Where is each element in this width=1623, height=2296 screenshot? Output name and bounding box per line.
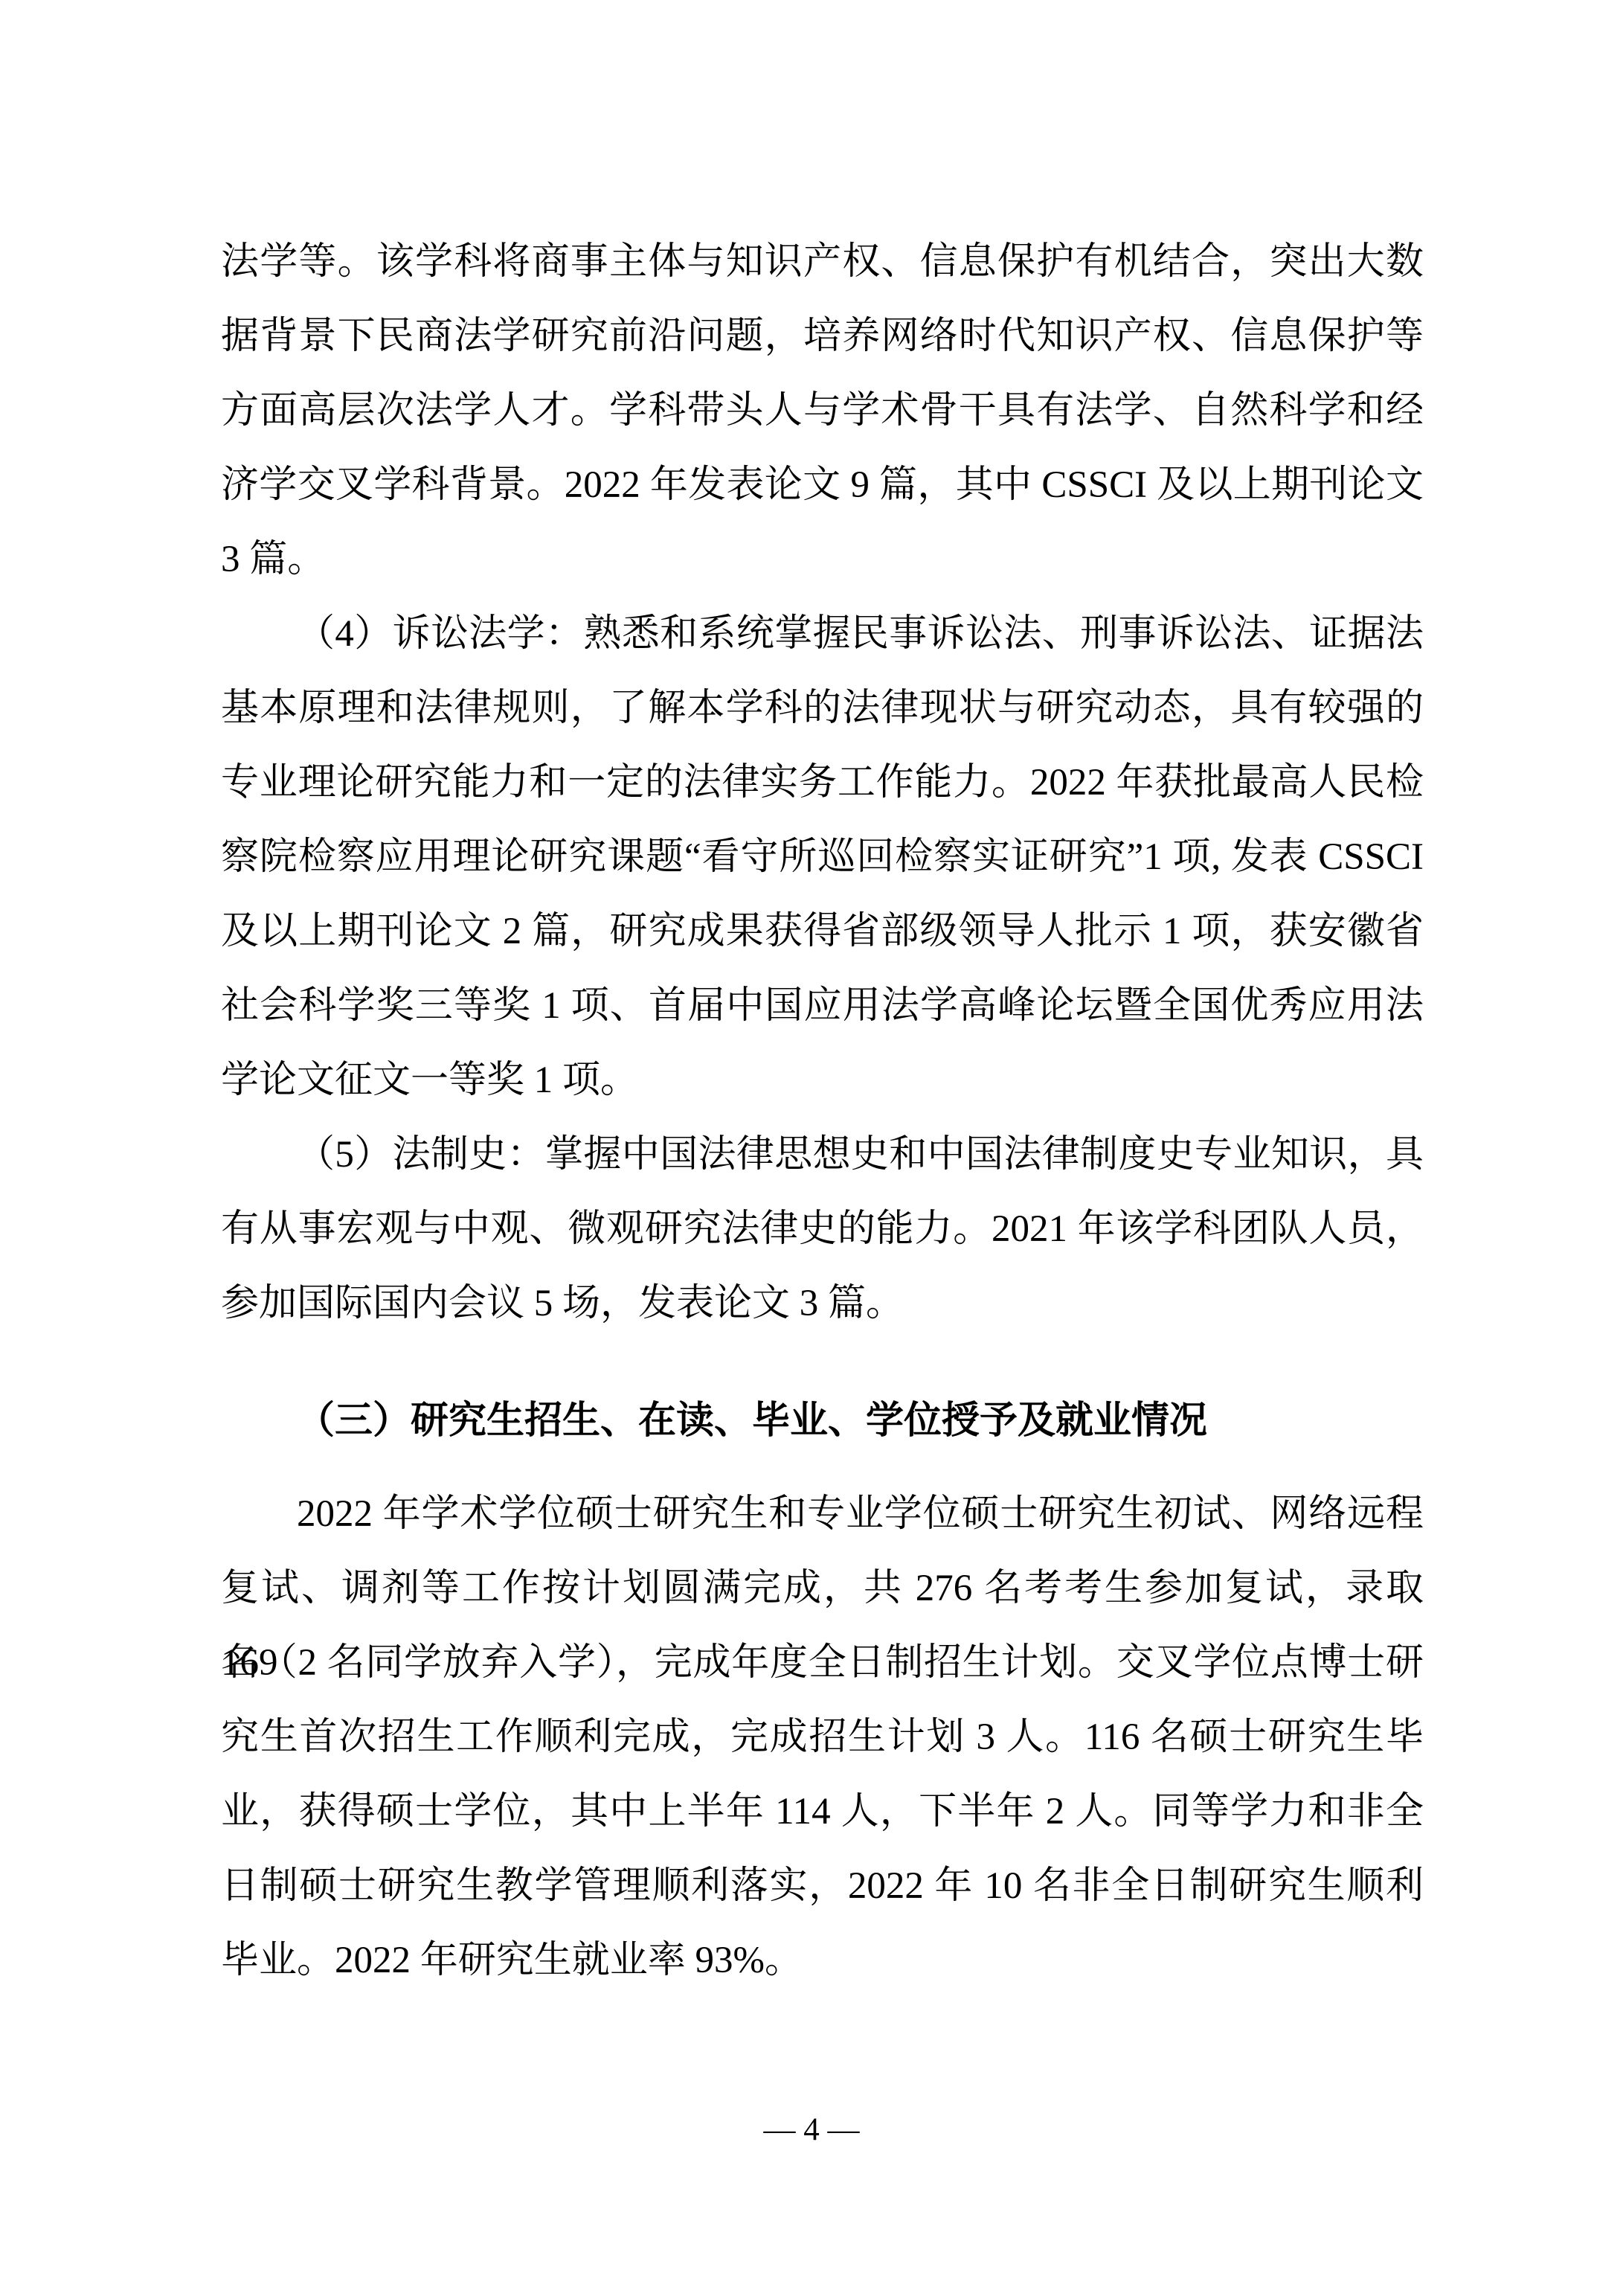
paragraph-line: （4）诉讼法学：熟悉和系统掌握民事诉讼法、刑事诉讼法、证据法 — [221, 597, 1424, 671]
paragraph-line: 法学等。该学科将商事主体与知识产权、信息保护有机结合，突出大数 — [221, 225, 1424, 299]
paragraph-line: 据背景下民商法学研究前沿问题，培养网络时代知识产权、信息保护等 — [221, 299, 1424, 373]
paragraph-line: 学论文征文一等奖 1 项。 — [221, 1043, 1424, 1117]
paragraph-line: 济学交叉学科背景。2022 年发表论文 9 篇，其中 CSSCI 及以上期刊论文 — [221, 448, 1424, 522]
paragraph-line: 名（2 名同学放弃入学），完成年度全日制招生计划。交叉学位点博士研 — [221, 1626, 1424, 1700]
paragraph-line: 专业理论研究能力和一定的法律实务工作能力。2022 年获批最高人民检 — [221, 745, 1424, 820]
paragraph-line: 有从事宏观与中观、微观研究法律史的能力。2021 年该学科团队人员， — [221, 1192, 1424, 1266]
page-footer: — 4 — — [0, 2093, 1623, 2167]
heading-line: （三）研究生招生、在读、毕业、学位授予及就业情况 — [221, 1384, 1424, 1458]
paragraph-line: 究生首次招生工作顺利完成，完成招生计划 3 人。116 名硕士研究生毕 — [221, 1700, 1424, 1774]
paragraph-line: 日制硕士研究生教学管理顺利落实，2022 年 10 名非全日制研究生顺利 — [221, 1849, 1424, 1923]
section-heading: （三）研究生招生、在读、毕业、学位授予及就业情况 — [221, 1384, 1424, 1458]
document-content: 法学等。该学科将商事主体与知识产权、信息保护有机结合，突出大数据背景下民商法学研… — [221, 225, 1424, 1998]
paragraph-line: （5）法制史：掌握中国法律思想史和中国法律制度史专业知识，具 — [221, 1117, 1424, 1192]
paragraph: 法学等。该学科将商事主体与知识产权、信息保护有机结合，突出大数据背景下民商法学研… — [221, 225, 1424, 597]
paragraph-line: 业，获得硕士学位，其中上半年 114 人，下半年 2 人。同等学力和非全 — [221, 1774, 1424, 1849]
paragraph-line: 复试、调剂等工作按计划圆满完成，共 276 名考考生参加复试，录取 169 — [221, 1551, 1424, 1626]
paragraph-line: 基本原理和法律规则，了解本学科的法律现状与研究动态，具有较强的 — [221, 671, 1424, 745]
paragraph: （4）诉讼法学：熟悉和系统掌握民事诉讼法、刑事诉讼法、证据法基本原理和法律规则，… — [221, 597, 1424, 1117]
document-page: 法学等。该学科将商事主体与知识产权、信息保护有机结合，突出大数据背景下民商法学研… — [0, 0, 1623, 2296]
paragraph-line: 方面高层次法学人才。学科带头人与学术骨干具有法学、自然科学和经 — [221, 373, 1424, 448]
paragraph: 2022 年学术学位硕士研究生和专业学位硕士研究生初试、网络远程复试、调剂等工作… — [221, 1477, 1424, 1998]
paragraph: （5）法制史：掌握中国法律思想史和中国法律制度史专业知识，具有从事宏观与中观、微… — [221, 1117, 1424, 1341]
paragraph-line: 参加国际国内会议 5 场，发表论文 3 篇。 — [221, 1266, 1424, 1341]
paragraph-line: 毕业。2022 年研究生就业率 93%。 — [221, 1923, 1424, 1998]
paragraph-line: 察院检察应用理论研究课题“看守所巡回检察实证研究”1 项, 发表 CSSCI — [221, 820, 1424, 894]
paragraph-line: 及以上期刊论文 2 篇，研究成果获得省部级领导人批示 1 项，获安徽省 — [221, 894, 1424, 969]
page-number: — 4 — — [764, 2112, 860, 2147]
paragraph-line: 3 篇。 — [221, 522, 1424, 597]
paragraph-line: 2022 年学术学位硕士研究生和专业学位硕士研究生初试、网络远程 — [221, 1477, 1424, 1551]
paragraph-line: 社会科学奖三等奖 1 项、首届中国应用法学高峰论坛暨全国优秀应用法 — [221, 969, 1424, 1043]
